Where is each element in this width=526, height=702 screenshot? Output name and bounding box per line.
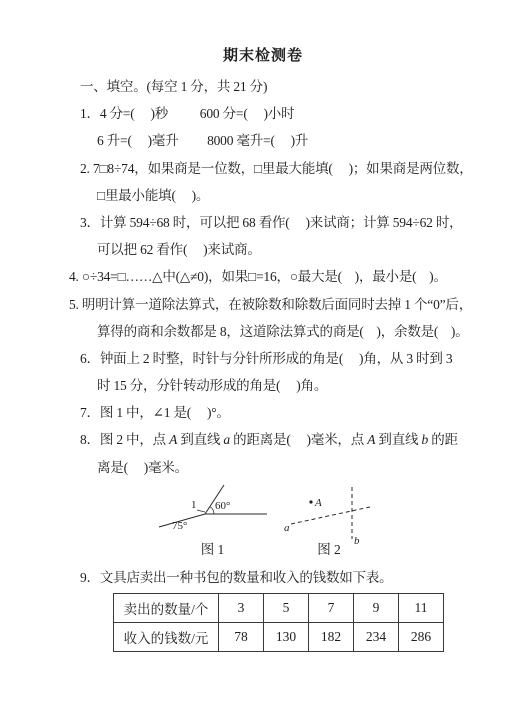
fill-in-blank-section: 一、填空。(每空 1 分，共 21 分) 1．4 分=( )秒 600 分=( … <box>80 73 520 481</box>
table-cell: 234 <box>354 623 399 652</box>
q8-text: 到直线 <box>177 432 223 447</box>
question-4-line-1: 4. ○÷34=□……△中(△≠0)，如果□=16，○最大是( )，最小是( )… <box>69 263 520 290</box>
q8-text: 8．图 2 中，点 <box>80 432 169 447</box>
figure-2-caption: 图 2 <box>283 541 375 558</box>
question-2-line-2: □里最小能填( )。 <box>80 182 520 209</box>
question-1-line-1: 1．4 分=( )秒 600 分=( )小时 <box>80 100 520 127</box>
question-3-line-1: 3．计算 594÷68 时，可以把 68 看作( )来试商；计算 594÷62 … <box>80 209 520 236</box>
q8-point-a-label: A <box>169 432 177 447</box>
fig2-line-a <box>291 507 370 524</box>
fig1-angle-arc <box>210 506 215 514</box>
exam-page: 期末检测卷 一、填空。(每空 1 分，共 21 分) 1．4 分=( )秒 60… <box>0 0 526 702</box>
question-7-line-1: 7．图 1 中，∠1 是( )°。 <box>80 399 520 426</box>
figure-1-caption: 图 1 <box>155 541 270 558</box>
table-cell: 9 <box>354 594 399 623</box>
table-header-quantity: 卖出的数量/个 <box>114 594 219 623</box>
table-row-income: 收入的钱数/元 78 130 182 234 286 <box>114 623 444 652</box>
table-cell: 78 <box>219 623 264 652</box>
fig2-point-a-dot <box>309 500 312 503</box>
q8-text: 的距离是( )毫米，点 <box>230 432 367 447</box>
table-cell: 5 <box>264 594 309 623</box>
question-1-line-2: 6 升=( )毫升 8000 毫升=( )升 <box>80 127 520 154</box>
table-row-quantity: 卖出的数量/个 3 5 7 9 11 <box>114 594 444 623</box>
fig1-angle1-label: 1 <box>191 499 197 511</box>
section-heading: 一、填空。(每空 1 分，共 21 分) <box>80 73 520 100</box>
exam-title: 期末检测卷 <box>0 44 526 65</box>
question-5-line-2: 算得的商和余数都是 8，这道除法算式的商是( )，余数是( )。 <box>80 318 520 345</box>
q8-text: 的距 <box>428 432 458 447</box>
quantity-income-table: 卖出的数量/个 3 5 7 9 11 收入的钱数/元 78 130 182 23… <box>113 593 444 652</box>
question-5-line-1: 5. 明明计算一道除法算式，在被除数和除数后面同时去掉 1 个“0”后， <box>69 291 520 318</box>
figure-2-distance-diagram: A a b <box>283 483 375 545</box>
figure-1-angle-diagram: 60° 75° 1 <box>155 478 270 540</box>
fig1-angle1-mark <box>197 510 205 512</box>
fig1-75-label: 75° <box>172 520 187 532</box>
question-8-line-2: 离是( )毫米。 <box>80 454 520 481</box>
table-cell: 11 <box>399 594 444 623</box>
table-cell: 130 <box>264 623 309 652</box>
fig2-line-a-label: a <box>284 522 290 534</box>
question-8-line-1: 8．图 2 中，点 A 到直线 a 的距离是( )毫米，点 A 到直线 b 的距 <box>80 426 520 453</box>
question-3-line-2: 可以把 62 看作( )来试商。 <box>80 236 520 263</box>
fig1-60-label: 60° <box>215 500 230 512</box>
table-cell: 182 <box>309 623 354 652</box>
question-6-line-2: 时 15 分，分针转动形成的角是( )角。 <box>80 372 520 399</box>
question-6-line-1: 6．钟面上 2 时整，时针与分针所形成的角是( )角，从 3 时到 3 <box>80 345 520 372</box>
question-9-line-1: 9．文具店卖出一种书包的数量和收入的钱数如下表。 <box>80 564 392 591</box>
question-2-line-1: 2. 7□8÷74，如果商是一位数，□里最大能填( )；如果商是两位数， <box>80 155 520 182</box>
table-cell: 3 <box>219 594 264 623</box>
table-header-income: 收入的钱数/元 <box>114 623 219 652</box>
fig2-point-a-label: A <box>314 497 322 509</box>
table-cell: 7 <box>309 594 354 623</box>
q8-text: 到直线 <box>375 432 421 447</box>
table-cell: 286 <box>399 623 444 652</box>
